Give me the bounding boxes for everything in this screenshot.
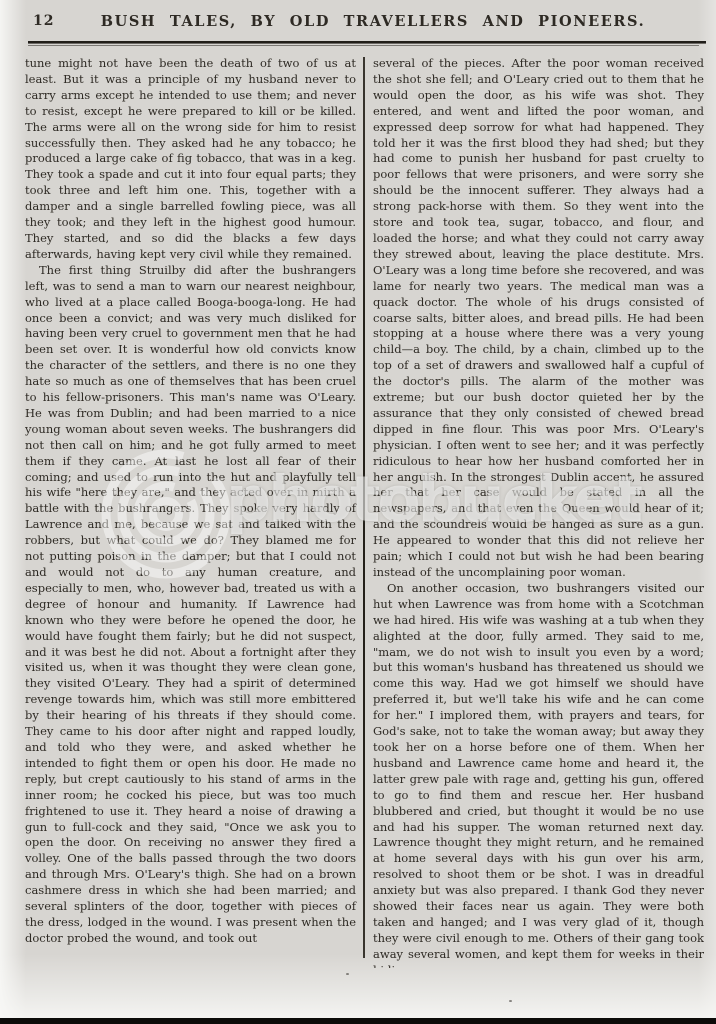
right-column: several of the pieces. After the poor wo…: [373, 56, 704, 968]
bottom-scan-bar: [0, 1018, 716, 1024]
scan-speck: [509, 1000, 512, 1002]
scanned-book-page: 12 BUSH TALES, BY OLD TRAVELLERS AND PIO…: [0, 0, 716, 1024]
left-column: tune might not have been the death of tw…: [25, 56, 356, 968]
header-rule: [28, 41, 706, 46]
column-divider-rule: [363, 57, 365, 958]
paragraph: On another occasion, two bushrangers vis…: [373, 581, 704, 968]
page-header: 12 BUSH TALES, BY OLD TRAVELLERS AND PIO…: [0, 10, 716, 36]
page-number: 12: [33, 13, 54, 29]
paragraph: tune might not have been the death of tw…: [25, 56, 356, 263]
scan-speck: [346, 973, 349, 975]
page-title: BUSH TALES, BY OLD TRAVELLERS AND PIONEE…: [60, 13, 686, 30]
paragraph: several of the pieces. After the poor wo…: [373, 56, 704, 581]
paragraph: The first thing Struilby did after the b…: [25, 263, 356, 947]
